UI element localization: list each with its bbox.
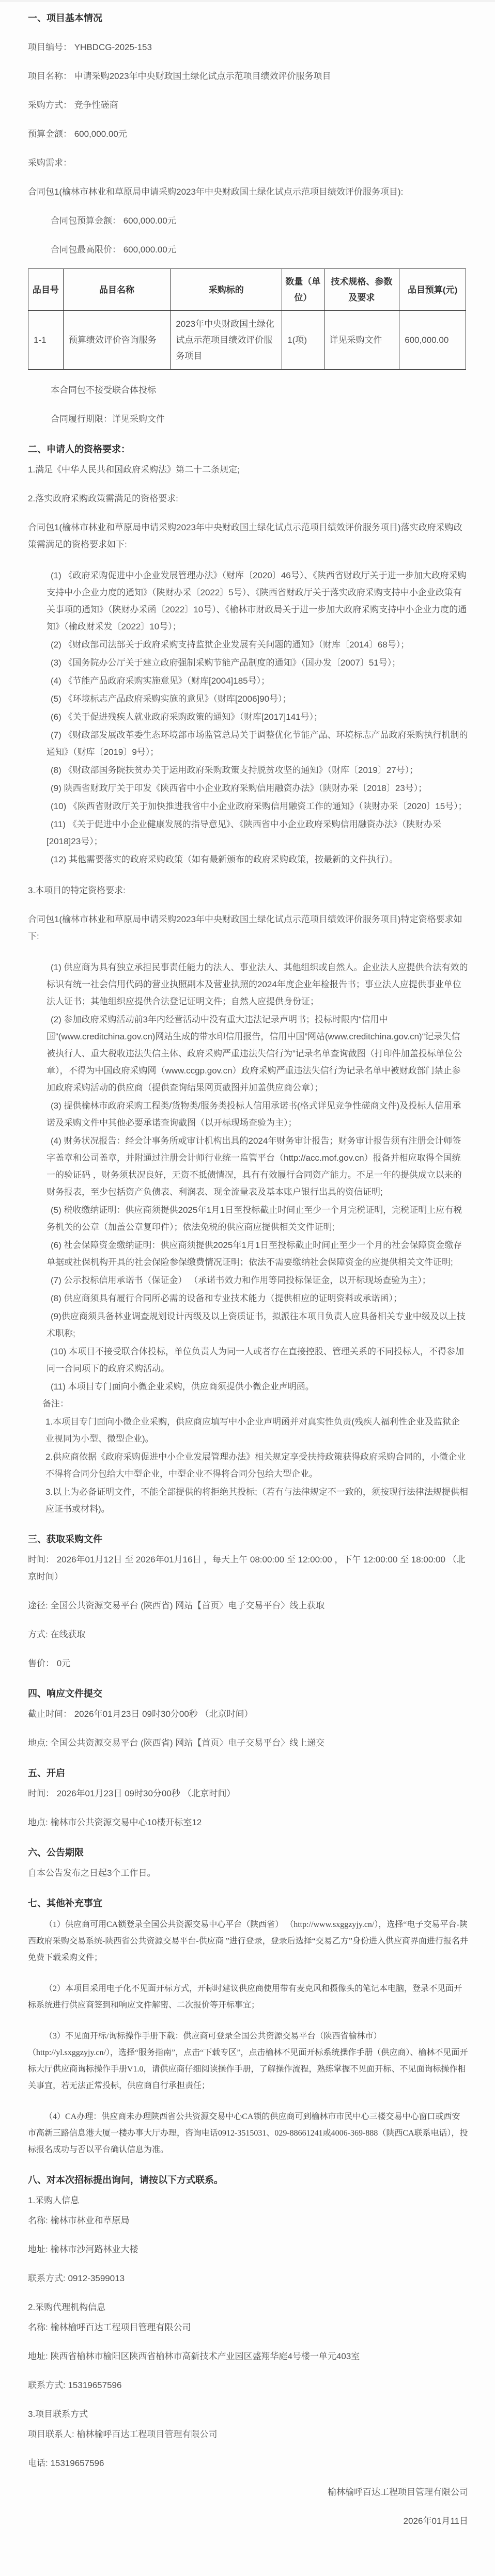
supplementary-item: （2）本项目采用电子化不见面开标方式，开标时建议供应商使用带有麦克风和摄像头的笔… (28, 1981, 468, 2014)
project-contact-phone: 电话: 15319657596 (28, 2455, 468, 2472)
policy-item: (8) 《财政部国务院扶贫办关于运用政府采购政策支持脱贫攻坚的通知》（财库〔20… (47, 762, 468, 779)
project-contact-label: 3.项目联系方式 (28, 2406, 468, 2423)
agency-address: 地址: 陕西省榆林市榆阳区陕西省榆林市高新技术产业园区盛翔华庭4号楼一单元403… (28, 2348, 468, 2365)
table-header-specs: 技术规格、参数及要求 (324, 269, 399, 311)
specific-requirement: (8) 供应商须具有履行合同所必需的设备和专业技术能力（提供相应的证明资料或承诺… (47, 1290, 468, 1307)
policy-item: (12) 其他需要落实的政府采购政策（如有最新颁布的政府采购政策，按最新的文件执… (47, 851, 468, 868)
signature-organization: 榆林榆呼百达工程项目管理有限公司 (28, 2484, 468, 2501)
specific-requirement: (11) 本项目专门面向小微企业采购，供应商须提供小微企业声明函。 (47, 1378, 468, 1395)
field-procurement-demand: 采购需求： (28, 154, 468, 171)
policy-item: (1) 《政府采购促进中小企业发展管理办法》（财库〔2020〕46号）、《陕西省… (47, 567, 468, 635)
qualification-rule-3: 3.本项目的特定资格要求: (28, 882, 468, 899)
section-heading-contacts: 八、对本次招标提出询问，请按以下方式联系。 (28, 2171, 468, 2189)
policy-item: (9) 陕西省财政厅关于印发《陕西省中小企业政府采购信用融资办法》（陕财办采〔2… (47, 780, 468, 797)
supplementary-item: （4）CA办理：供应商未办理陕西省公共资源交易中心CA锁的供应商可到榆林市市民中… (28, 2109, 468, 2158)
specific-requirement: (3) 提供榆林市政府采购工程类/货物类/服务类投标人信用承诺书(格式详见竞争性… (47, 1097, 468, 1131)
specific-requirement: (7) 公示投标信用承诺书（保证金） （承诺书效力和作用等同投标保证金，以开标现… (47, 1272, 468, 1289)
policy-item: (6) 《关于促进残疾人就业政府采购政策的通知》（财库[2017]141号）； (47, 708, 468, 725)
field-opening-place: 地点: 榆林市公共资源交易中心10楼开标室12 (28, 1814, 468, 1831)
table-header-quantity: 数量（单位） (282, 269, 324, 311)
section-heading-announcement-period: 六、公告期限 (28, 1844, 468, 1861)
field-procurement-method: 采购方式： 竞争性磋商 (28, 97, 468, 114)
supplementary-item: （3）不见面开标/询标操作手册下载：供应商可登录全国公共资源交易平台（陕西省榆林… (28, 2028, 468, 2094)
section-heading-opening: 五、开启 (28, 1764, 468, 1782)
document-content: 一、项目基本情况 项目编号： YHBDCG-2025-153 项目名称： 申请采… (0, 2, 495, 2550)
cell-item-no: 1-1 (28, 311, 64, 370)
field-obtain-time: 时间： 2026年01月12日 至 2026年01月16日 ，每天上午 08:0… (28, 1551, 468, 1585)
field-submission-deadline: 截止时间： 2026年01月23日 09时30分00秒 （北京时间） (28, 1705, 468, 1722)
cell-item-budget: 600,000.00 (399, 311, 466, 370)
cell-quantity: 1(项) (282, 311, 324, 370)
purchaser-name: 名称: 榆林市林业和草原局 (28, 2212, 468, 2229)
remark-item: 1.本项目专门面向小微企业采购，供应商应填写中小企业声明函并对真实性负责(残疾人… (45, 1413, 468, 1447)
table-header-item-name: 品目名称 (63, 269, 171, 311)
project-contact-person: 项目联系人: 榆林榆呼百达工程项目管理有限公司 (28, 2426, 468, 2443)
purchaser-address: 地址: 榆林市沙河路林业大楼 (28, 2241, 468, 2258)
field-budget-amount: 预算金额： 600,000.00元 (28, 125, 468, 143)
qualification-rule-2-intro: 合同包1(榆林市林业和草原局申请采购2023年中央财政国土绿化试点示范项目绩效评… (28, 519, 468, 553)
section-heading-basic-info: 一、项目基本情况 (28, 9, 468, 27)
cell-subject: 2023年中央财政国土绿化试点示范项目绩效评价服务项目 (171, 311, 282, 370)
policy-item: (11) 《关于促进中小企业健康发展的指导意见》、《陕西省中小企业政府采购信用融… (47, 816, 468, 850)
agency-name: 名称: 榆林榆呼百达工程项目管理有限公司 (28, 2319, 468, 2336)
procurement-announcement-page: 一、项目基本情况 项目编号： YHBDCG-2025-153 项目名称： 申请采… (0, 0, 495, 2576)
field-obtain-price: 售价： 0元 (28, 1655, 468, 1672)
field-submission-place: 地点: 全国公共资源交易平台 (陕西省) 网站【首页〉电子交易平台〉线上递交 (28, 1734, 468, 1751)
section-heading-obtain-documents: 三、获取采购文件 (28, 1530, 468, 1548)
specific-requirement: (1) 供应商为具有独立承担民事责任能力的法人、事业法人、其他组织或自然人。企业… (47, 959, 468, 1010)
items-table: 品目号 品目名称 采购标的 数量（单位） 技术规格、参数及要求 品目预算(元) … (28, 268, 466, 370)
policy-item: (5) 《环境标志产品政府采购实施的意见》（财库[2006]90号）； (47, 690, 468, 707)
agency-info-label: 2.采购代理机构信息 (28, 2299, 468, 2316)
table-row: 1-1 预算绩效评价咨询服务 2023年中央财政国土绿化试点示范项目绩效评价服务… (28, 311, 466, 370)
remark-item: 2.供应商依据《政府采购促进中小企业发展管理办法》相关规定享受扶持政策获得政府采… (45, 1448, 468, 1482)
table-header-subject: 采购标的 (171, 269, 282, 311)
qualification-rule-3-intro: 合同包1(榆林市林业和草原局申请采购2023年中央财政国土绿化试点示范项目绩效评… (28, 911, 468, 945)
section-heading-response-submission: 四、响应文件提交 (28, 1685, 468, 1702)
table-header-item-no: 品目号 (28, 269, 64, 311)
table-header-item-budget: 品目预算(元) (399, 269, 466, 311)
qualification-rule-1: 1.满足《中华人民共和国政府采购法》第二十二条规定; (28, 461, 468, 478)
supplementary-item: （1）供应商可用CA锁登录全国公共资源交易中心平台（陕西省） （http://w… (28, 1917, 468, 1966)
table-header-row: 品目号 品目名称 采购标的 数量（单位） 技术规格、参数及要求 品目预算(元) (28, 269, 466, 311)
field-project-name: 项目名称： 申请采购2023年中央财政国土绿化试点示范项目绩效评价服务项目 (28, 68, 468, 85)
purchaser-info-label: 1.采购人信息 (28, 2192, 468, 2209)
note-no-consortium: 本合同包不接受联合体投标 (51, 382, 468, 399)
section-heading-qualification: 二、申请人的资格要求： (28, 440, 468, 458)
policy-item: (3) 《国务院办公厅关于建立政府强制采购节能产品制度的通知》（国办发〔2007… (47, 654, 468, 671)
policy-item: (10) 《陕西省财政厅关于加快推进我省中小企业政府采购信用融资工作的通知》（陕… (47, 798, 468, 815)
signature-date: 2026年01月11日 (28, 2512, 468, 2530)
specific-requirement: (10) 本项目不接受联合体投标，单位负责人为同一人或者存在直接控股、管理关系的… (47, 1343, 468, 1377)
remark-item: 3.以上为必备证明文件，不能全部提供的将拒绝其投标;（若有与法律规定不一致的，须… (45, 1483, 468, 1518)
specific-requirement: (9)供应商须具备林业调查规划设计丙级及以上资质证书，拟派往本项目负责人应具备相… (47, 1308, 468, 1342)
section-heading-supplementary: 七、其他补充事宜 (28, 1894, 468, 1912)
policy-item: (4) 《节能产品政府采购实施意见》（财库[2004]185号）； (47, 672, 468, 689)
specific-requirement: (6) 社会保障资金缴纳证明：供应商须提供2025年1月1日至投标截止时间止至少… (47, 1237, 468, 1271)
policy-item: (2) 《财政部司法部关于政府采购支持监狱企业发展有关问题的通知》（财库〔201… (47, 636, 468, 653)
cell-item-name: 预算绩效评价咨询服务 (63, 311, 171, 370)
specific-requirement: (5) 税收缴纳证明：供应商须提供2025年1月1日至投标截止时间止至少一个月完… (47, 1202, 468, 1236)
field-package-price-limit: 合同包最高限价： 600,000.00元 (51, 241, 468, 258)
field-package-budget: 合同包预算金额： 600,000.00元 (51, 212, 468, 229)
field-project-no: 项目编号： YHBDCG-2025-153 (28, 39, 468, 56)
qualification-rule-2: 2.落实政府采购政策需满足的资格要求: (28, 490, 468, 507)
field-contract-term: 合同履行期限：详见采购文件 (51, 410, 468, 428)
field-opening-time: 时间： 2026年01月23日 09时30分00秒 （北京时间） (28, 1785, 468, 1802)
specific-requirement: (2) 参加政府采购活动前3年内经营活动中没有重大违法记录声明书；投标时限内“信… (47, 1011, 468, 1096)
cell-specs: 详见采购文件 (324, 311, 399, 370)
specific-requirement: (4) 财务状况报告：经会计事务所或审计机构出具的2024年财务审计报告；财务审… (47, 1132, 468, 1200)
agency-phone: 联系方式: 15319657596 (28, 2377, 468, 2394)
policy-item: (7) 《财政部发展改革委生态环境部市场监管总局关于调整优化节能产品、环境标志产… (47, 726, 468, 761)
announcement-period-line: 自本公告发布之日起3个工作日。 (28, 1864, 468, 1882)
field-obtain-channel: 途径: 全国公共资源交易平台 (陕西省) 网站【首页〉电子交易平台〉线上获取 (28, 1597, 468, 1614)
field-contract-package: 合同包1(榆林市林业和草原局申请采购2023年中央财政国土绿化试点示范项目绩效评… (28, 183, 468, 200)
field-obtain-method: 方式: 在线获取 (28, 1626, 468, 1643)
remarks-label: 备注： (42, 1395, 468, 1412)
purchaser-phone: 联系方式: 0912-3599013 (28, 2270, 468, 2287)
